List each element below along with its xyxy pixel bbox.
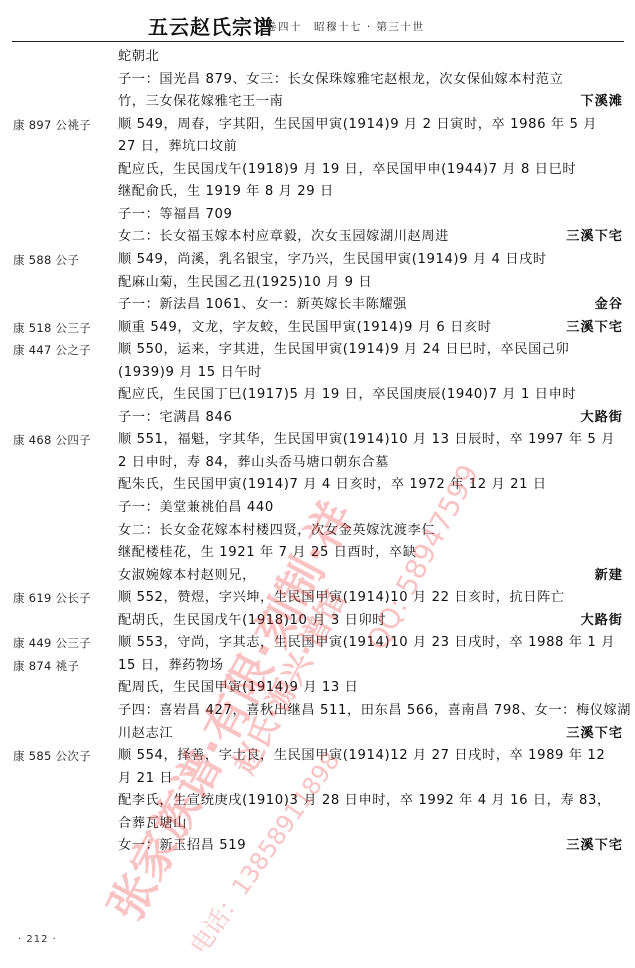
title-separator: · — [256, 14, 261, 28]
entry-line: 2 日申时，寿 84，葬山头岙马塘口朝东合墓 — [0, 452, 635, 474]
entry-text: 配朱氏，生民国甲寅(1914)7 月 4 日亥时，卒 1972 年 12 月 2… — [118, 474, 547, 496]
lineage-label: 康 449 公三子 — [13, 632, 91, 654]
residence-place: 三溪下宅 — [566, 317, 623, 339]
entry-line: 子四：喜岩昌 427，喜秋出继昌 511，田东昌 566，喜南昌 798、女一：… — [0, 700, 635, 722]
entry-text: 顺 550，运来，字其进，生民国甲寅(1914)9 月 24 日巳时，卒民国己卯 — [118, 339, 569, 361]
entry-text: 子一：宅满昌 846 — [118, 407, 233, 429]
entry-line: 27 日，葬坑口坟前 — [0, 136, 635, 158]
entry-text: 继配楼桂花，生 1921 年 7 月 25 日酉时，卒缺 — [118, 542, 417, 564]
entry-line: 配李氏，生宣统庚戌(1910)3 月 28 日申时，卒 1992 年 4 月 1… — [0, 790, 635, 812]
volume-subtitle: 卷四十 昭穆十七 · 第三十世 — [266, 19, 425, 34]
entry-line: 康 619 公长子顺 552，赞煜，字兴坤，生民国甲寅(1914)10 月 22… — [0, 587, 635, 609]
page-header: 五云赵氏宗谱 · 卷四十 昭穆十七 · 第三十世 — [0, 0, 635, 42]
entry-text: 配应氏，生民国戊午(1918)9 月 19 日，卒民国甲申(1944)7 月 8… — [118, 159, 576, 181]
entry-line: 康 447 公之子顺 550，运来，字其进，生民国甲寅(1914)9 月 24 … — [0, 339, 635, 361]
entry-text: 配周氏，生民国甲寅(1914)9 月 13 日 — [118, 677, 358, 699]
residence-place: 三溪下宅 — [566, 835, 623, 857]
entry-line: 女二：长女福玉嫁本村应章毅，次女玉园嫁湖川赵周进三溪下宅 — [0, 226, 635, 248]
entry-text: 顺 554，择善，字士良，生民国甲寅(1914)12 月 27 日戌时，卒 19… — [118, 745, 605, 767]
entry-line: 子一：宅满昌 846大路街 — [0, 407, 635, 429]
entry-line: 康 468 公四子顺 551，福魁，字其华，生民国甲寅(1914)10 月 13… — [0, 429, 635, 451]
entry-text: 蛇朝北 — [118, 46, 159, 68]
entry-text: 川赵志江 — [118, 723, 173, 745]
entry-text: 女二：长女金花嫁本村楼四贤，次女金英嫁沈渡李仁 — [118, 520, 435, 542]
header-rule — [12, 41, 624, 42]
entry-line: 康 874 祧子15 日，葬药物场 — [0, 655, 635, 677]
entry-text: 15 日，葬药物场 — [118, 655, 224, 677]
lineage-label: 康 874 祧子 — [13, 655, 79, 677]
entry-line: 川赵志江三溪下宅 — [0, 723, 635, 745]
lineage-label: 康 585 公次子 — [13, 745, 91, 767]
entry-line: 合葬瓦塘山 — [0, 813, 635, 835]
entry-text: 合葬瓦塘山 — [118, 813, 187, 835]
residence-place: 下溪滩 — [580, 91, 623, 113]
entry-text: 女二：长女福玉嫁本村应章毅，次女玉园嫁湖川赵周进 — [118, 226, 449, 248]
entry-line: 蛇朝北 — [0, 46, 635, 68]
entry-text: 竹，三女保花嫁雅宅王一南 — [118, 91, 283, 113]
entry-line: 康 588 公子顺 549，尚溪，乳名银宝，字乃兴，生民国甲寅(1914)9 月… — [0, 249, 635, 271]
entry-text: 顺 549，周春，字其阳，生民国甲寅(1914)9 月 2 日寅时，卒 1986… — [118, 114, 597, 136]
entry-line: 子一：等福昌 709 — [0, 204, 635, 226]
entry-text: 月 21 日 — [118, 768, 173, 790]
page-number: · 212 · — [18, 934, 57, 945]
entry-text: 顺 552，赞煜，字兴坤，生民国甲寅(1914)10 月 22 日亥时，抗日阵亡 — [118, 587, 565, 609]
entry-text: 配胡氏，生民国戊午(1918)10 月 3 日卯时 — [118, 610, 386, 632]
entry-line: 子一：国光昌 879、女三：长女保珠嫁雅宅赵根龙，次女保仙嫁本村范立 — [0, 69, 635, 91]
entry-line: 子一：美堂兼祧伯昌 440 — [0, 497, 635, 519]
entry-text: 配应氏，生民国丁巳(1917)5 月 19 日，卒民国庚辰(1940)7 月 1… — [118, 384, 576, 406]
lineage-label: 康 518 公三子 — [13, 317, 91, 339]
lineage-label: 康 588 公子 — [13, 249, 79, 271]
entry-text: 女一：新玉招昌 519 — [118, 835, 246, 857]
lineage-label: 康 447 公之子 — [13, 339, 91, 361]
entry-text: 子一：美堂兼祧伯昌 440 — [118, 497, 274, 519]
entry-text: 顺 551，福魁，字其华，生民国甲寅(1914)10 月 13 日辰时，卒 19… — [118, 429, 615, 451]
entry-line: 配朱氏，生民国甲寅(1914)7 月 4 日亥时，卒 1972 年 12 月 2… — [0, 474, 635, 496]
entry-line: 配周氏，生民国甲寅(1914)9 月 13 日 — [0, 677, 635, 699]
entry-line: (1939)9 月 15 日午时 — [0, 362, 635, 384]
entry-text: 子一：新法昌 1061、女一：新英嫁长丰陈耀强 — [118, 294, 407, 316]
lineage-label: 康 619 公长子 — [13, 587, 91, 609]
entry-text: 子四：喜岩昌 427，喜秋出继昌 511，田东昌 566，喜南昌 798、女一：… — [118, 700, 631, 722]
residence-place: 大路街 — [580, 407, 623, 429]
entry-line: 康 449 公三子顺 553，守尚，字其志，生民国甲寅(1914)10 月 23… — [0, 632, 635, 654]
entry-line: 继配俞氏，生 1919 年 8 月 29 日 — [0, 181, 635, 203]
entry-line: 月 21 日 — [0, 768, 635, 790]
entry-line: 康 585 公次子顺 554，择善，字士良，生民国甲寅(1914)12 月 27… — [0, 745, 635, 767]
entry-line: 女一：新玉招昌 519三溪下宅 — [0, 835, 635, 857]
entry-line: 配应氏，生民国戊午(1918)9 月 19 日，卒民国甲申(1944)7 月 8… — [0, 159, 635, 181]
entry-text: 子一：等福昌 709 — [118, 204, 233, 226]
entry-line: 女二：长女金花嫁本村楼四贤，次女金英嫁沈渡李仁 — [0, 520, 635, 542]
entry-text: 顺 549，尚溪，乳名银宝，字乃兴，生民国甲寅(1914)9 月 4 日戌时 — [118, 249, 547, 271]
residence-place: 三溪下宅 — [566, 723, 623, 745]
residence-place: 大路街 — [580, 610, 623, 632]
entry-text: 子一：国光昌 879、女三：长女保珠嫁雅宅赵根龙，次女保仙嫁本村范立 — [118, 69, 563, 91]
entry-line: 配胡氏，生民国戊午(1918)10 月 3 日卯时大路街 — [0, 610, 635, 632]
residence-place: 三溪下宅 — [566, 226, 623, 248]
entry-line: 康 518 公三子顺重 549，文龙，字友蛟，生民国甲寅(1914)9 月 6 … — [0, 317, 635, 339]
lineage-label: 康 468 公四子 — [13, 429, 91, 451]
entry-line: 配麻山菊，生民国乙丑(1925)10 月 9 日 — [0, 272, 635, 294]
entry-text: (1939)9 月 15 日午时 — [118, 362, 262, 384]
entry-line: 子一：新法昌 1061、女一：新英嫁长丰陈耀强金谷 — [0, 294, 635, 316]
entry-text: 27 日，葬坑口坟前 — [118, 136, 237, 158]
entry-text: 女淑婉嫁本村赵则兄， — [118, 565, 256, 587]
lineage-label: 康 897 公祧子 — [13, 114, 91, 136]
entry-text: 配李氏，生宣统庚戌(1910)3 月 28 日申时，卒 1992 年 4 月 1… — [118, 790, 611, 812]
entry-text: 配麻山菊，生民国乙丑(1925)10 月 9 日 — [118, 272, 372, 294]
entry-line: 竹，三女保花嫁雅宅王一南下溪滩 — [0, 91, 635, 113]
entry-text: 顺重 549，文龙，字友蛟，生民国甲寅(1914)9 月 6 日亥时 — [118, 317, 492, 339]
entry-text: 顺 553，守尚，字其志，生民国甲寅(1914)10 月 23 日戌时，卒 19… — [118, 632, 615, 654]
entry-line: 继配楼桂花，生 1921 年 7 月 25 日酉时，卒缺 — [0, 542, 635, 564]
entry-line: 配应氏，生民国丁巳(1917)5 月 19 日，卒民国庚辰(1940)7 月 1… — [0, 384, 635, 406]
entry-line: 康 897 公祧子顺 549，周春，字其阳，生民国甲寅(1914)9 月 2 日… — [0, 114, 635, 136]
residence-place: 金谷 — [595, 294, 623, 316]
entry-line: 女淑婉嫁本村赵则兄，新建 — [0, 565, 635, 587]
entry-text: 2 日申时，寿 84，葬山头岙马塘口朝东合墓 — [118, 452, 389, 474]
residence-place: 新建 — [595, 565, 623, 587]
entry-text: 继配俞氏，生 1919 年 8 月 29 日 — [118, 181, 334, 203]
